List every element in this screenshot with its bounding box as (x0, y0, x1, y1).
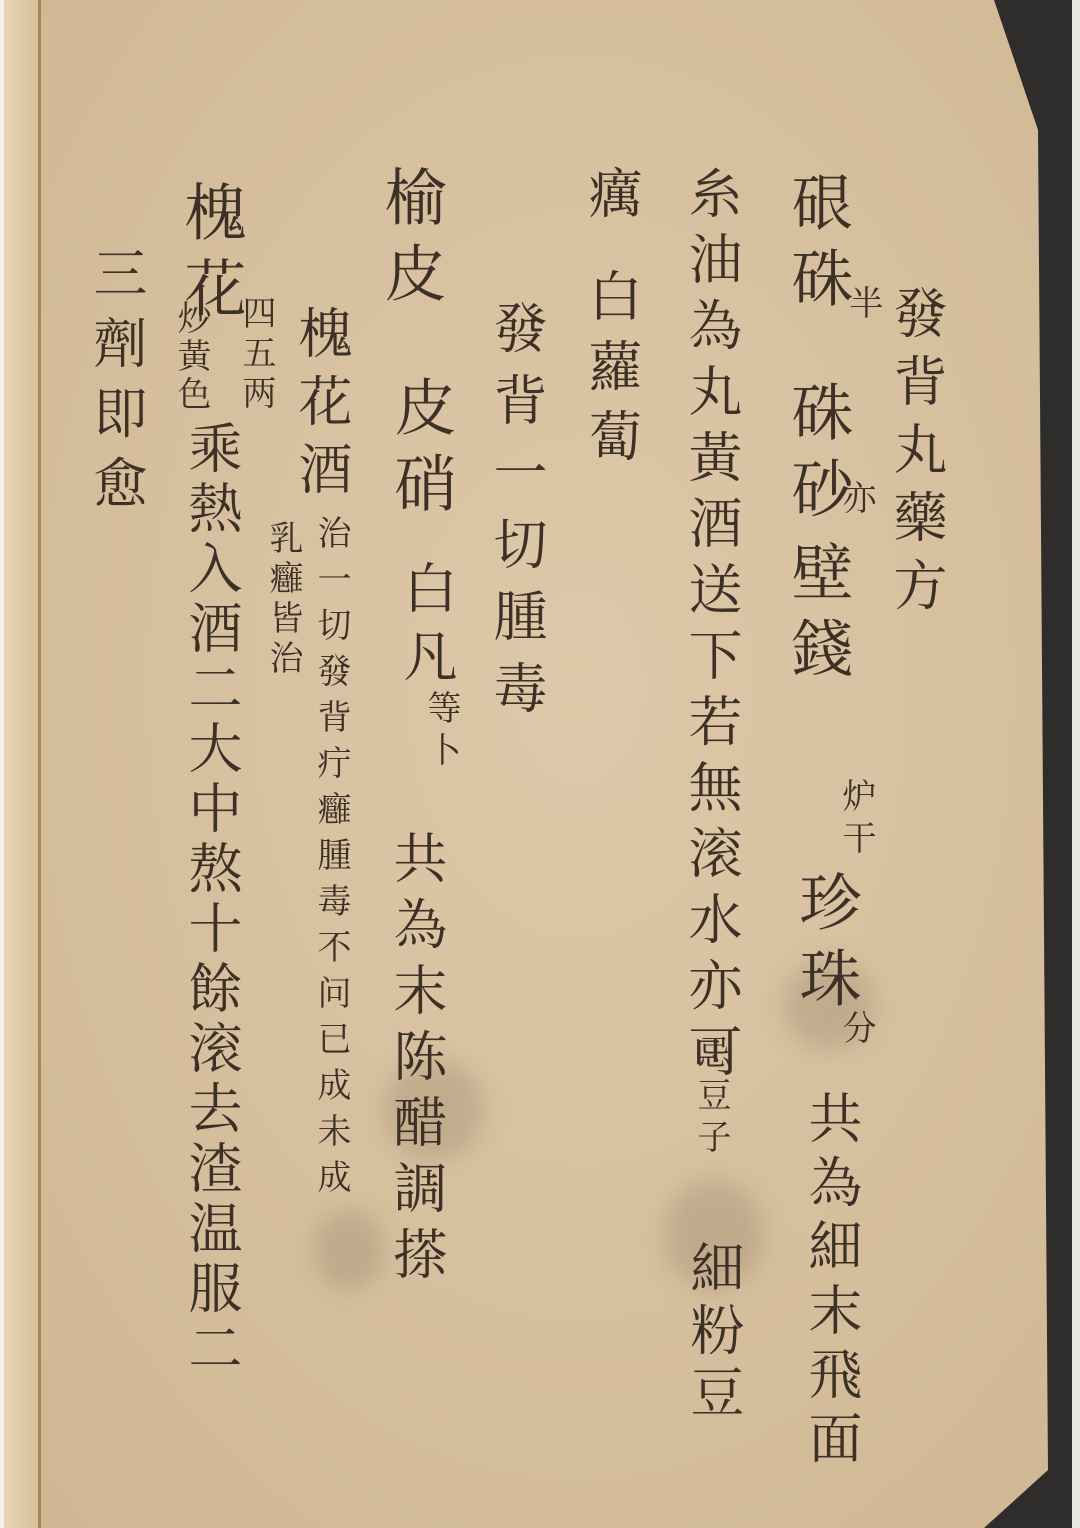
recipe-title: 發背丸藥方 (889, 285, 943, 625)
text-column: 榆皮 (379, 165, 441, 317)
ink-stain (314, 1210, 384, 1290)
text-column: 壁錢 (786, 540, 848, 692)
annotation: 乳癰皆治 (266, 520, 300, 680)
text-column: 共為細末飛面 (804, 1090, 858, 1474)
text-column: 治一切發背疔癰腫毒不问已成未成 (314, 515, 348, 1205)
text-column: 糸油為丸黃酒送下若無滚水亦可 (684, 165, 738, 1089)
binding-fold-line (38, 0, 41, 1528)
annotation: 亦 (839, 480, 873, 522)
annotation: 等卜 (424, 690, 458, 774)
text-column: 共為末陈醋調搽 (389, 830, 443, 1292)
annotation: 半 (846, 285, 880, 327)
text-column: 三劑即愈 (89, 245, 143, 525)
recipe-title: 槐花酒 (294, 305, 348, 509)
backing-edge (1072, 0, 1080, 1528)
text-column: 珍珠 (794, 870, 856, 1022)
binding-margin (4, 0, 38, 1528)
text-column: 皮硝 (389, 375, 451, 527)
text-column: 細粉豆 (686, 1240, 740, 1426)
annotation: 四五两 (239, 295, 273, 415)
annotation: 忌豆子 (694, 1035, 728, 1161)
text-column: 發背一切腫毒 (489, 300, 543, 732)
annotation: 炒黃色 (174, 300, 208, 414)
annotation: 分 (839, 1010, 873, 1052)
annotation: 炉干 (839, 778, 873, 862)
text-column: 乘熱入酒二大中熬十餘滚去渣温服二 (184, 420, 238, 1380)
text-column: 癘 白蘿蔔 (584, 165, 638, 478)
text-column: 硍硃 (786, 170, 848, 322)
manuscript-page: 發背丸藥方 硍硃 半 硃砂 亦 壁錢 炉干 珍珠 分 共為細末飛面 糸油為丸黃酒… (4, 0, 1050, 1528)
text-column: 白凡 (399, 560, 453, 696)
